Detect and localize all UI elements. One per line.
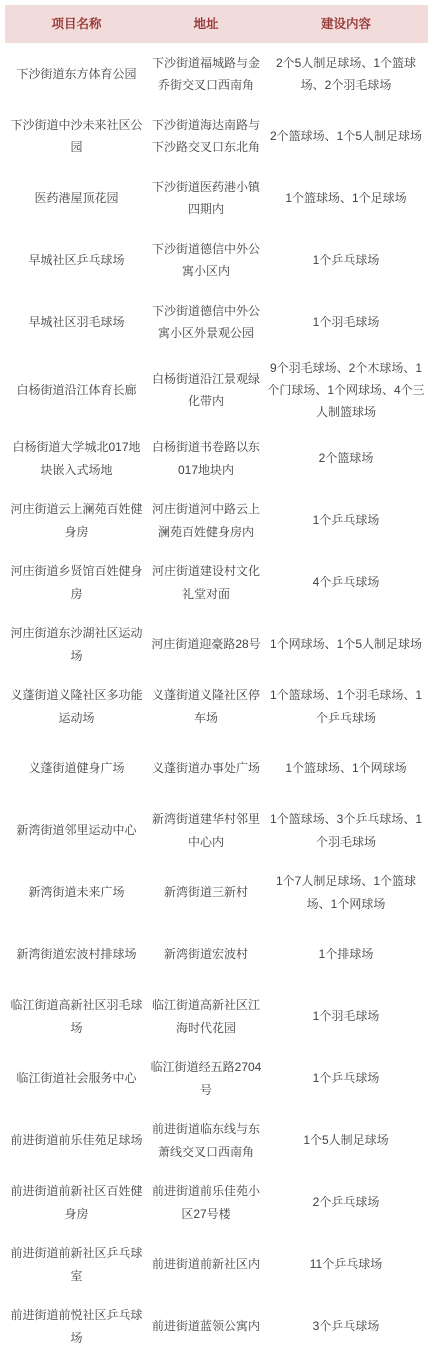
table-row: 前进街道前新社区乒乓球室 前进街道前新社区内 11个乒乓球场 (5, 1234, 428, 1296)
cell-address: 河庄街道河中路云上澜苑百姓健身房内 (148, 494, 264, 546)
cell-address: 下沙街道海达南路与下沙路交叉口东北角 (148, 110, 264, 162)
table-row: 前进街道前悦社区乒乓球场 前进街道蓝领公寓内 3个乒乓球场 (5, 1296, 428, 1358)
table-row: 白杨街道大学城北017地块嵌入式场地 白杨街道书卷路以东017地块内 2个篮球场 (5, 428, 428, 490)
cell-project-name: 新湾街道宏波村排球场 (5, 939, 148, 969)
cell-construction-content: 1个5人制足球场 (264, 1125, 428, 1155)
table-row: 前进街道前乐佳苑足球场 前进街道临东线与东萧线交叉口西南角 1个5人制足球场 (5, 1110, 428, 1172)
cell-project-name: 前进街道前新社区百姓健身房 (5, 1176, 148, 1228)
table-row: 义蓬街道义隆社区多功能运动场 义蓬街道义隆社区停车场 1个篮球场、1个羽毛球场、… (5, 676, 428, 738)
cell-construction-content: 9个羽毛球场、2个木球场、1个门球场、1个网球场、4个三人制篮球场 (264, 353, 428, 428)
table-row: 河庄街道云上澜苑百姓健身房 河庄街道河中路云上澜苑百姓健身房内 1个乒乓球场 (5, 490, 428, 552)
cell-project-name: 义蓬街道健身广场 (5, 753, 148, 783)
cell-construction-content: 1个篮球场、3个乒乓球场、1个羽毛球场 (264, 804, 428, 856)
cell-project-name: 早城社区羽毛球场 (5, 307, 148, 337)
cell-construction-content: 11个乒乓球场 (264, 1249, 428, 1279)
cell-project-name: 河庄街道东沙湖社区运动场 (5, 618, 148, 670)
cell-project-name: 早城社区乒乓球场 (5, 245, 148, 275)
cell-construction-content: 1个乒乓球场 (264, 505, 428, 535)
cell-construction-content: 1个排球场 (264, 939, 428, 969)
cell-address: 下沙街道德信中外公寓小区外景观公园 (148, 296, 264, 348)
cell-project-name: 前进街道前乐佳苑足球场 (5, 1125, 148, 1155)
table-row: 下沙街道东方体育公园 下沙街道福城路与金乔街交叉口西南角 2个5人制足球场、1个… (5, 43, 428, 105)
cell-address: 河庄街道迎豪路28号 (148, 629, 264, 659)
cell-address: 白杨街道沿江景观绿化带内 (148, 364, 264, 416)
cell-address: 新湾街道建华村邻里中心内 (148, 804, 264, 856)
cell-project-name: 下沙街道东方体育公园 (5, 59, 148, 89)
table-row: 白杨街道沿江体育长廊 白杨街道沿江景观绿化带内 9个羽毛球场、2个木球场、1个门… (5, 353, 428, 428)
cell-address: 前进街道前乐佳苑小区27号楼 (148, 1176, 264, 1228)
table-row: 医药港屋顶花园 下沙街道医药港小镇四期内 1个篮球场、1个足球场 (5, 167, 428, 229)
cell-construction-content: 1个篮球场、1个网球场 (264, 753, 428, 783)
cell-project-name: 义蓬街道义隆社区多功能运动场 (5, 680, 148, 732)
cell-address: 义蓬街道义隆社区停车场 (148, 680, 264, 732)
cell-project-name: 下沙街道中沙未来社区公园 (5, 110, 148, 162)
cell-construction-content: 4个乒乓球场 (264, 567, 428, 597)
cell-address: 河庄街道建设村文化礼堂对面 (148, 556, 264, 608)
table-row: 临江街道社会服务中心 临江街道经五路2704号 1个乒乓球场 (5, 1048, 428, 1110)
cell-address: 临江街道经五路2704号 (148, 1052, 264, 1104)
cell-address: 下沙街道福城路与金乔街交叉口西南角 (148, 48, 264, 100)
table-row: 新湾街道未来广场 新湾街道三新村 1个7人制足球场、1个篮球场、1个网球场 (5, 862, 428, 924)
table-row: 河庄街道乡贤馆百姓健身房 河庄街道建设村文化礼堂对面 4个乒乓球场 (5, 552, 428, 614)
table-row: 河庄街道东沙湖社区运动场 河庄街道迎豪路28号 1个网球场、1个5人制足球场 (5, 614, 428, 676)
table-header-row: 项目名称 地址 建设内容 (5, 5, 428, 43)
cell-construction-content: 1个羽毛球场 (264, 307, 428, 337)
cell-construction-content: 1个乒乓球场 (264, 1063, 428, 1093)
cell-construction-content: 2个5人制足球场、1个篮球场、2个羽毛球场 (264, 48, 428, 100)
cell-project-name: 医药港屋顶花园 (5, 183, 148, 213)
table-row: 新湾街道宏波村排球场 新湾街道宏波村 1个排球场 (5, 924, 428, 986)
cell-address: 临江街道高新社区江海时代花园 (148, 990, 264, 1042)
cell-project-name: 新湾街道未来广场 (5, 877, 148, 907)
header-cell-construction-content: 建设内容 (264, 10, 428, 38)
cell-address: 新湾街道宏波村 (148, 939, 264, 969)
cell-project-name: 前进街道前悦社区乒乓球场 (5, 1300, 148, 1352)
cell-address: 前进街道前新社区内 (148, 1249, 264, 1279)
facilities-table: 项目名称 地址 建设内容 下沙街道东方体育公园 下沙街道福城路与金乔街交叉口西南… (5, 5, 428, 1358)
cell-construction-content: 1个篮球场、1个足球场 (264, 183, 428, 213)
cell-address: 前进街道临东线与东萧线交叉口西南角 (148, 1114, 264, 1166)
table-body: 下沙街道东方体育公园 下沙街道福城路与金乔街交叉口西南角 2个5人制足球场、1个… (5, 43, 428, 1358)
cell-construction-content: 2个篮球场 (264, 443, 428, 473)
cell-project-name: 河庄街道乡贤馆百姓健身房 (5, 556, 148, 608)
cell-construction-content: 1个羽毛球场 (264, 1001, 428, 1031)
cell-construction-content: 1个网球场、1个5人制足球场 (264, 629, 428, 659)
cell-construction-content: 1个7人制足球场、1个篮球场、1个网球场 (264, 866, 428, 918)
cell-project-name: 白杨街道大学城北017地块嵌入式场地 (5, 432, 148, 484)
cell-project-name: 白杨街道沿江体育长廊 (5, 375, 148, 405)
table-row: 前进街道前新社区百姓健身房 前进街道前乐佳苑小区27号楼 2个乒乓球场 (5, 1172, 428, 1234)
table-row: 早城社区乒乓球场 下沙街道德信中外公寓小区内 1个乒乓球场 (5, 229, 428, 291)
cell-address: 白杨街道书卷路以东017地块内 (148, 432, 264, 484)
header-cell-address: 地址 (148, 10, 264, 38)
cell-project-name: 河庄街道云上澜苑百姓健身房 (5, 494, 148, 546)
cell-construction-content: 1个乒乓球场 (264, 245, 428, 275)
cell-project-name: 新湾街道邻里运动中心 (5, 815, 148, 845)
cell-construction-content: 2个篮球场、1个5人制足球场 (264, 121, 428, 151)
cell-address: 下沙街道医药港小镇四期内 (148, 172, 264, 224)
table-row: 早城社区羽毛球场 下沙街道德信中外公寓小区外景观公园 1个羽毛球场 (5, 291, 428, 353)
cell-address: 新湾街道三新村 (148, 877, 264, 907)
cell-project-name: 临江街道高新社区羽毛球场 (5, 990, 148, 1042)
cell-construction-content: 1个篮球场、1个羽毛球场、1个乒乓球场 (264, 680, 428, 732)
cell-project-name: 临江街道社会服务中心 (5, 1063, 148, 1093)
cell-project-name: 前进街道前新社区乒乓球室 (5, 1238, 148, 1290)
table-row: 义蓬街道健身广场 义蓬街道办事处广场 1个篮球场、1个网球场 (5, 738, 428, 800)
cell-construction-content: 3个乒乓球场 (264, 1311, 428, 1341)
table-row: 下沙街道中沙未来社区公园 下沙街道海达南路与下沙路交叉口东北角 2个篮球场、1个… (5, 105, 428, 167)
cell-address: 下沙街道德信中外公寓小区内 (148, 234, 264, 286)
table-row: 临江街道高新社区羽毛球场 临江街道高新社区江海时代花园 1个羽毛球场 (5, 986, 428, 1048)
table-row: 新湾街道邻里运动中心 新湾街道建华村邻里中心内 1个篮球场、3个乒乓球场、1个羽… (5, 800, 428, 862)
header-cell-project-name: 项目名称 (5, 10, 148, 38)
cell-construction-content: 2个乒乓球场 (264, 1187, 428, 1217)
cell-address: 义蓬街道办事处广场 (148, 753, 264, 783)
cell-address: 前进街道蓝领公寓内 (148, 1311, 264, 1341)
